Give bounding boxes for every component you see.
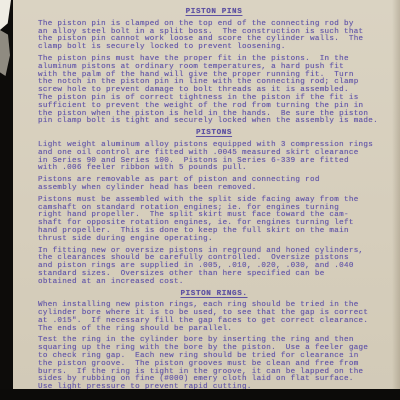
section-title-pistons: PISTONS [38,130,390,138]
page-content: PISTON PINS The piston pin is clamped on… [38,8,390,396]
paper-right-shade [392,0,400,389]
paragraph-piston-pin-fit: The piston pins must have the proper fit… [38,56,390,126]
paragraph-piston-clearance: Light weight aluminum alloy pistons equi… [38,142,390,173]
paragraph-oversize-pistons: In fitting new or oversize pistons in re… [38,248,390,287]
section-title-piston-pins: PISTON PINS [38,9,390,17]
scan-edge-bottom [0,389,400,400]
paragraph-piston-pin-clamped: The piston pin is clamped on the top end… [38,21,390,52]
paragraph-ring-testing: Test the ring in the cylinder bore by in… [38,337,390,392]
paragraph-piston-removal: Pistons are removable as part of piston … [38,177,390,193]
paragraph-ring-gap: When installing new piston rings, each r… [38,302,390,333]
paragraph-piston-assembly-orientation: Pistons must be assembled with the split… [38,197,390,244]
section-title-piston-rings: PISTON RINGS. [38,291,390,299]
scanned-page: PISTON PINS The piston pin is clamped on… [0,0,400,400]
